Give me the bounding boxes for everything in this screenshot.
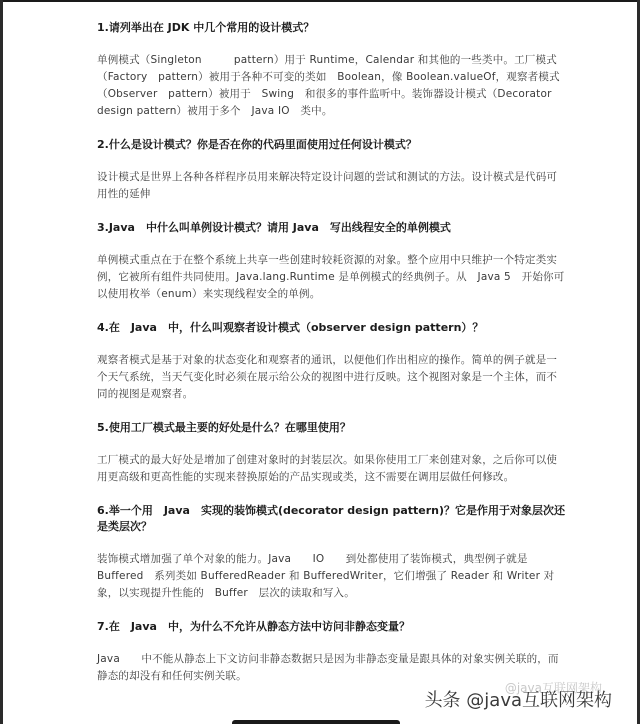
bottom-overlay-bar: [232, 720, 400, 724]
question-heading: 5.使用工厂模式最主要的好处是什么？在哪里使用？: [97, 420, 567, 436]
qa-item-7: 7.在 Java 中，为什么不允许从静态方法中访问非静态变量？ Java 中不能…: [97, 619, 567, 685]
watermark: 头条 @java互联网架构: [425, 686, 612, 712]
answer-paragraph: 工厂模式的最大好处是增加了创建对象时的封装层次。如果你使用工厂来创建对象，之后你…: [97, 452, 567, 486]
frame-left-border: [0, 0, 3, 724]
answer-paragraph: 装饰模式增加强了单个对象的能力。Java IO 到处都使用了装饰模式，典型例子就…: [97, 551, 567, 602]
answer-paragraph: 观察者模式是基于对象的状态变化和观察者的通讯，以便他们作出相应的操作。简单的例子…: [97, 352, 567, 403]
question-heading: 2.什么是设计模式？你是否在你的代码里面使用过任何设计模式？: [97, 137, 567, 153]
answer-paragraph: Java 中不能从静态上下文访问非静态数据只是因为非静态变量是跟具体的对象实例关…: [97, 651, 567, 685]
qa-item-6: 6.举一个用 Java 实现的装饰模式(decorator design pat…: [97, 503, 567, 602]
frame-top-border: [0, 0, 640, 2]
document-body: 1.请列举出在 JDK 中几个常用的设计模式？ 单例模式（Singleton p…: [97, 20, 567, 702]
qa-item-4: 4.在 Java 中，什么叫观察者设计模式（observer design pa…: [97, 320, 567, 403]
question-heading: 1.请列举出在 JDK 中几个常用的设计模式？: [97, 20, 567, 36]
qa-item-2: 2.什么是设计模式？你是否在你的代码里面使用过任何设计模式？ 设计模式是世界上各…: [97, 137, 567, 203]
qa-item-1: 1.请列举出在 JDK 中几个常用的设计模式？ 单例模式（Singleton p…: [97, 20, 567, 120]
question-heading: 6.举一个用 Java 实现的装饰模式(decorator design pat…: [97, 503, 567, 535]
qa-item-5: 5.使用工厂模式最主要的好处是什么？在哪里使用？ 工厂模式的最大好处是增加了创建…: [97, 420, 567, 486]
qa-item-3: 3.Java 中什么叫单例设计模式？请用 Java 写出线程安全的单例模式 单例…: [97, 220, 567, 303]
question-heading: 4.在 Java 中，什么叫观察者设计模式（observer design pa…: [97, 320, 567, 336]
answer-paragraph: 单例模式（Singleton pattern）用于 Runtime，Calend…: [97, 52, 567, 120]
answer-paragraph: 单例模式重点在于在整个系统上共享一些创建时较耗资源的对象。整个应用中只维护一个特…: [97, 252, 567, 303]
answer-paragraph: 设计模式是世界上各种各样程序员用来解决特定设计问题的尝试和测试的方法。设计模式是…: [97, 169, 567, 203]
question-heading: 7.在 Java 中，为什么不允许从静态方法中访问非静态变量？: [97, 619, 567, 635]
question-heading: 3.Java 中什么叫单例设计模式？请用 Java 写出线程安全的单例模式: [97, 220, 567, 236]
